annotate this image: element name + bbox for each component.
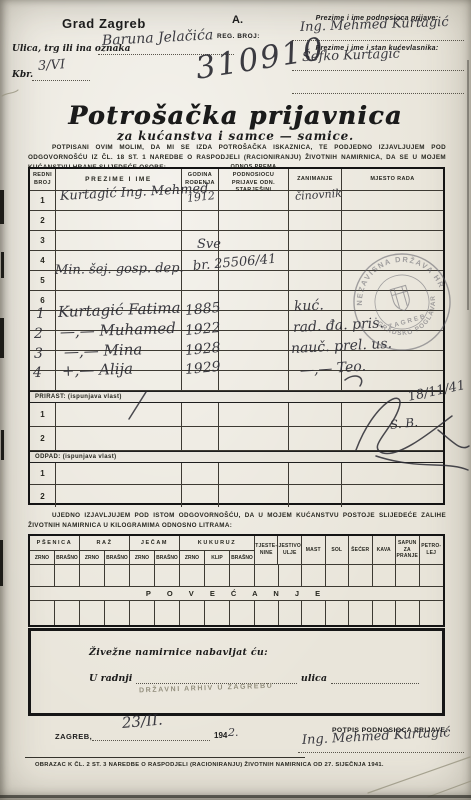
- group-raz: RAŽ: [80, 536, 130, 551]
- reg-number-label: REG. BROJ:: [217, 33, 260, 40]
- form-section-letter: A.: [232, 14, 243, 26]
- shop-label: U radnji: [89, 673, 132, 684]
- family-row-year: 1922: [184, 321, 221, 338]
- odpad-row-number: 1: [30, 463, 56, 485]
- sub-brasno: BRAŠNO: [230, 551, 255, 565]
- scan-bottom-edge: [0, 795, 471, 798]
- col-tjestenine: TJESTE- NINE: [255, 536, 278, 565]
- col-sol: SOL: [326, 536, 350, 565]
- family-row-name: +,— Alija: [62, 362, 134, 379]
- family-row-name: —,— Muhamed: [60, 321, 176, 340]
- footer-rule: [25, 757, 305, 758]
- odpad-section-label: ODPAD: (ispunjava vlast): [30, 451, 443, 463]
- sub-klip: KLIP: [205, 551, 230, 565]
- kbr-handwritten-value: 3/VI: [38, 58, 66, 73]
- row4-note-handwritten: Sve: [197, 238, 221, 251]
- row5-note-handwritten: Min. šej. gosp. dep.: [55, 262, 184, 277]
- sub-brasno: BRAŠNO: [55, 551, 80, 565]
- family-row-year: 1929: [184, 360, 221, 377]
- col-header-odnos: ODNOS PREMA PODNOSIOCU PRIJAVE ODN. STAR…: [219, 169, 289, 191]
- form-subtitle: za kućanstva i samce — samice.: [0, 129, 471, 143]
- prirast-row-number: 1: [30, 403, 56, 427]
- signature-line: [298, 752, 464, 753]
- supplies-declaration-paragraph: UJEDNO IZJAVLJUJEM POD ISTOM ODGOVORNOŠĆ…: [28, 511, 446, 531]
- member1-occupation-handwritten: činovnik: [295, 188, 343, 202]
- form-title: Potrošačka prijavnica: [0, 101, 471, 130]
- family-row-no: 3: [34, 347, 43, 361]
- scan-edge-mark: [1, 430, 4, 460]
- group-psenica: PŠENICA: [30, 536, 80, 551]
- family-row-no: 4: [33, 366, 42, 380]
- sub-zrno: ZRNO: [130, 551, 155, 565]
- member1-year-handwritten: 1912: [186, 190, 215, 204]
- scan-right-edge: [467, 60, 469, 310]
- prirast-section-label: PRIRAST: (ispunjava vlast): [30, 391, 443, 403]
- purchase-declaration-box: Živežne namirnice nabavljat ću: U radnji…: [28, 628, 445, 716]
- landlord-name-line: [292, 70, 464, 71]
- row-number: 4: [30, 251, 56, 271]
- supplies-empty-row: [30, 565, 443, 587]
- year-printed: 194: [214, 731, 227, 740]
- family-row-year: 1928: [184, 341, 221, 358]
- scan-edge-mark: [0, 190, 4, 224]
- family-row-name: Kurtagić Fatima: [58, 301, 181, 320]
- row-number: 3: [30, 231, 56, 251]
- extra-blank-line: [292, 93, 464, 94]
- group-kukuruz: KUKURUZ: [180, 536, 255, 551]
- date-handwritten: 23/II.: [121, 712, 163, 730]
- date-line: [92, 740, 210, 741]
- street-handwritten-value: Baruna Jelačića: [102, 28, 214, 48]
- col-secer: ŠEĆER: [349, 536, 372, 565]
- applicant-handwritten-name: Ing. Mehmed Kurtagić: [300, 16, 449, 34]
- family-row-year: 1885: [184, 301, 221, 318]
- sub-zrno: ZRNO: [30, 551, 55, 565]
- sub-zrno: ZRNO: [180, 551, 205, 565]
- col-header-mjesto-rada: MJESTO RADA: [342, 169, 443, 191]
- col-jestivo-ulje: JESTIVO ULJE: [278, 536, 302, 565]
- family-row-no: 1: [36, 307, 45, 321]
- family-row-no: 2: [34, 327, 43, 341]
- col-petrolej: PETRO- LEJ: [420, 536, 443, 565]
- landlord-handwritten-name: Šefko Kurtagić: [302, 48, 400, 64]
- place-label: ZAGREB,: [55, 732, 92, 741]
- house-number-label: Kbr.: [12, 70, 33, 80]
- row-number: 2: [30, 211, 56, 231]
- sub-brasno: BRAŠNO: [105, 551, 130, 565]
- purchase-intro: Živežne namirnice nabavljat ću:: [89, 647, 268, 658]
- city-heading: Grad Zagreb: [62, 16, 146, 31]
- scanned-form-page: Grad Zagreb A. REG. BROJ: Ulica, trg ili…: [0, 0, 471, 800]
- supplies-increase-row: [30, 601, 443, 625]
- scan-edge-mark: [0, 318, 4, 358]
- col-header-redni-broj: REDNI BROJ: [30, 169, 56, 191]
- archive-watermark: DRŽAVNI ARHIV U ZAGREBU: [139, 683, 274, 695]
- family-row-occupation: kuć.: [294, 298, 324, 314]
- odpad-row-number: 2: [30, 485, 56, 507]
- official-initials-handwritten: S. B.: [389, 416, 418, 431]
- scan-edge-mark: [0, 540, 3, 586]
- signature-handwritten: Ing. Mehmed Kurtagić: [302, 726, 451, 747]
- sub-brasno: BRAŠNO: [155, 551, 180, 565]
- group-jecam: JEČAM: [130, 536, 180, 551]
- sub-zrno: ZRNO: [80, 551, 105, 565]
- prirast-row-number: 2: [30, 427, 56, 451]
- row-number: 5: [30, 271, 56, 291]
- year-digit-handwritten: 2.: [228, 727, 239, 738]
- shop-street-line: [331, 673, 419, 684]
- family-row-name: —,— Mina: [64, 342, 143, 360]
- kbr-fill-line: [32, 80, 90, 81]
- col-sapun: SAPUN ZA PRANJE: [396, 536, 420, 565]
- povecanje-band: P O V E Ć A N J E: [30, 587, 443, 601]
- col-kava: KAVA: [373, 536, 397, 565]
- shop-street-label: ulica: [301, 673, 327, 684]
- form-reference-note: OBRAZAC K ČL. 2 ST. 3 NAREDBE O RASPODJE…: [35, 762, 435, 768]
- row-number: 1: [30, 191, 56, 211]
- food-supplies-table: PŠENICA RAŽ JEČAM KUKURUZ TJESTE- NINE J…: [28, 534, 445, 627]
- col-mast: MAST: [302, 536, 326, 565]
- scan-edge-mark: [1, 252, 4, 278]
